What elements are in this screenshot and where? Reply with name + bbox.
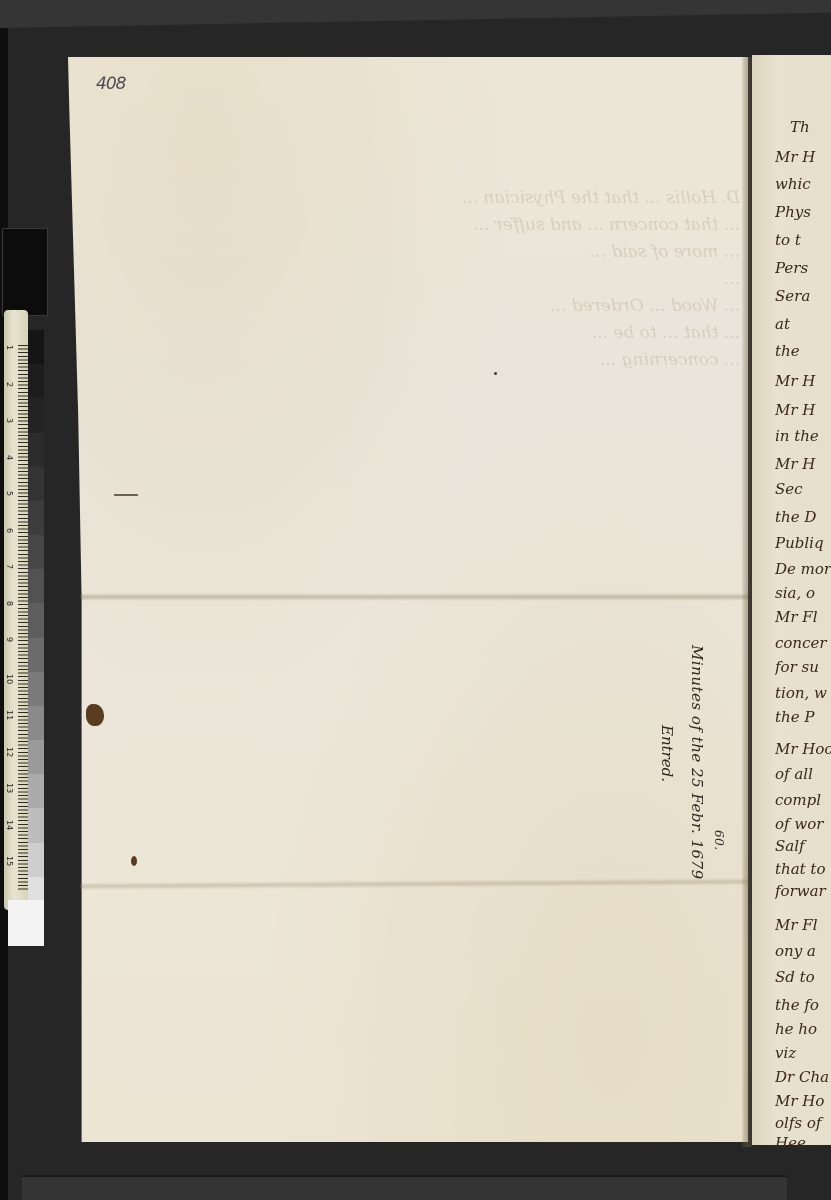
ink-stain [86,704,104,726]
handwriting-line: the D [775,508,831,526]
ruler-label: 12 [5,747,14,757]
grayscale-step [28,398,44,432]
docket-sub: 60. [712,830,726,851]
handwriting-line: Mr H [775,401,831,419]
handwriting-line: Mr Ho [775,1092,831,1110]
bleed-through-text: D. Hollis ... that the Physician ...... … [100,185,740,385]
handwriting-line: to t [775,231,831,249]
handwriting-line: concer [775,634,831,652]
handwriting-line: Mr Fl [775,608,831,626]
grayscale-step [28,501,44,535]
grayscale-step [28,672,44,706]
grayscale-step [28,467,44,501]
fold-line-upper [80,593,748,601]
handwriting-line: whic [775,175,831,193]
handwriting-line: forwar [775,882,831,900]
grayscale-step [28,706,44,740]
grayscale-step [28,330,44,364]
grayscale-step [28,569,44,603]
grayscale-step [28,843,44,877]
handwriting-line: Hee [775,1134,831,1152]
ink-spot [494,372,497,375]
ink-mark [114,494,138,496]
handwriting-line: that to [775,860,831,878]
ruler-label: 11 [5,710,14,720]
handwriting-line: tion, w [775,684,831,702]
handwriting-line: of wor [775,815,831,833]
handwriting-line: the [775,342,831,360]
fold-line-vertical [742,57,752,1147]
grayscale-step [28,364,44,398]
handwriting-line: he ho [775,1020,831,1038]
handwriting-line: of all [775,765,831,783]
handwriting-line: Mr Hoo [775,740,831,758]
handwriting-line: for su [775,658,831,676]
color-target-black [2,228,48,316]
ruler-label: 2 [5,382,14,387]
handwriting-line: Th [790,118,831,136]
handwriting-line: olfs of [775,1114,831,1132]
ruler-label: 10 [5,674,14,684]
handwriting-line: viz [775,1044,831,1062]
handwriting-line: De mor [775,560,831,578]
ruler-label: 9 [5,637,14,642]
ruler-label: 3 [5,418,14,423]
grayscale-strip [28,330,44,945]
handwriting-line: Sera [775,287,831,305]
handwriting-line: Mr H [775,148,831,166]
ruler-label: 8 [5,601,14,606]
handwriting-line: compl [775,791,831,809]
handwriting-line: the P [775,708,831,726]
handwriting-line: Publiq [775,534,831,552]
handwriting-line: Sec [775,480,831,498]
handwriting-line: Dr Cha [775,1068,831,1086]
ruler-label: 1 [5,345,14,350]
handwriting-line: ony a [775,942,831,960]
handwriting-line: Mr Fl [775,916,831,934]
ruler-ticks [18,345,28,890]
grayscale-step [28,638,44,672]
docket-title: Minutes of the 25 Febr. 1679 [688,645,706,880]
handwriting-line: at [775,315,831,333]
handwriting-line: Pers [775,259,831,277]
grayscale-step [28,603,44,637]
ruler-label: 13 [5,783,14,793]
handwriting-line: in the [775,427,831,445]
handwriting-line: Mr H [775,372,831,390]
backdrop-top [0,0,831,28]
folio-number: 408 [96,74,125,94]
handwriting-line: Mr H [775,455,831,473]
grayscale-step [28,774,44,808]
ruler-label: 7 [5,564,14,569]
color-target-white [8,900,44,946]
handwriting-line: Phys [775,203,831,221]
docket-entred: Entred. [658,725,676,782]
grayscale-step [28,535,44,569]
ruler-label: 4 [5,455,14,460]
handwriting-line: the fo [775,996,831,1014]
ruler-label: 6 [5,528,14,533]
backdrop-bottom [22,1175,787,1200]
grayscale-step [28,808,44,842]
grayscale-step [28,433,44,467]
ruler-label: 5 [5,491,14,496]
handwriting-line: Sd to [775,968,831,986]
grayscale-step [28,740,44,774]
handwriting-line: Salf [775,837,831,855]
handwriting-line: sia, o [775,584,831,602]
ruler-label: 15 [5,856,14,866]
ink-spot [131,856,137,866]
ruler-label: 14 [5,820,14,830]
